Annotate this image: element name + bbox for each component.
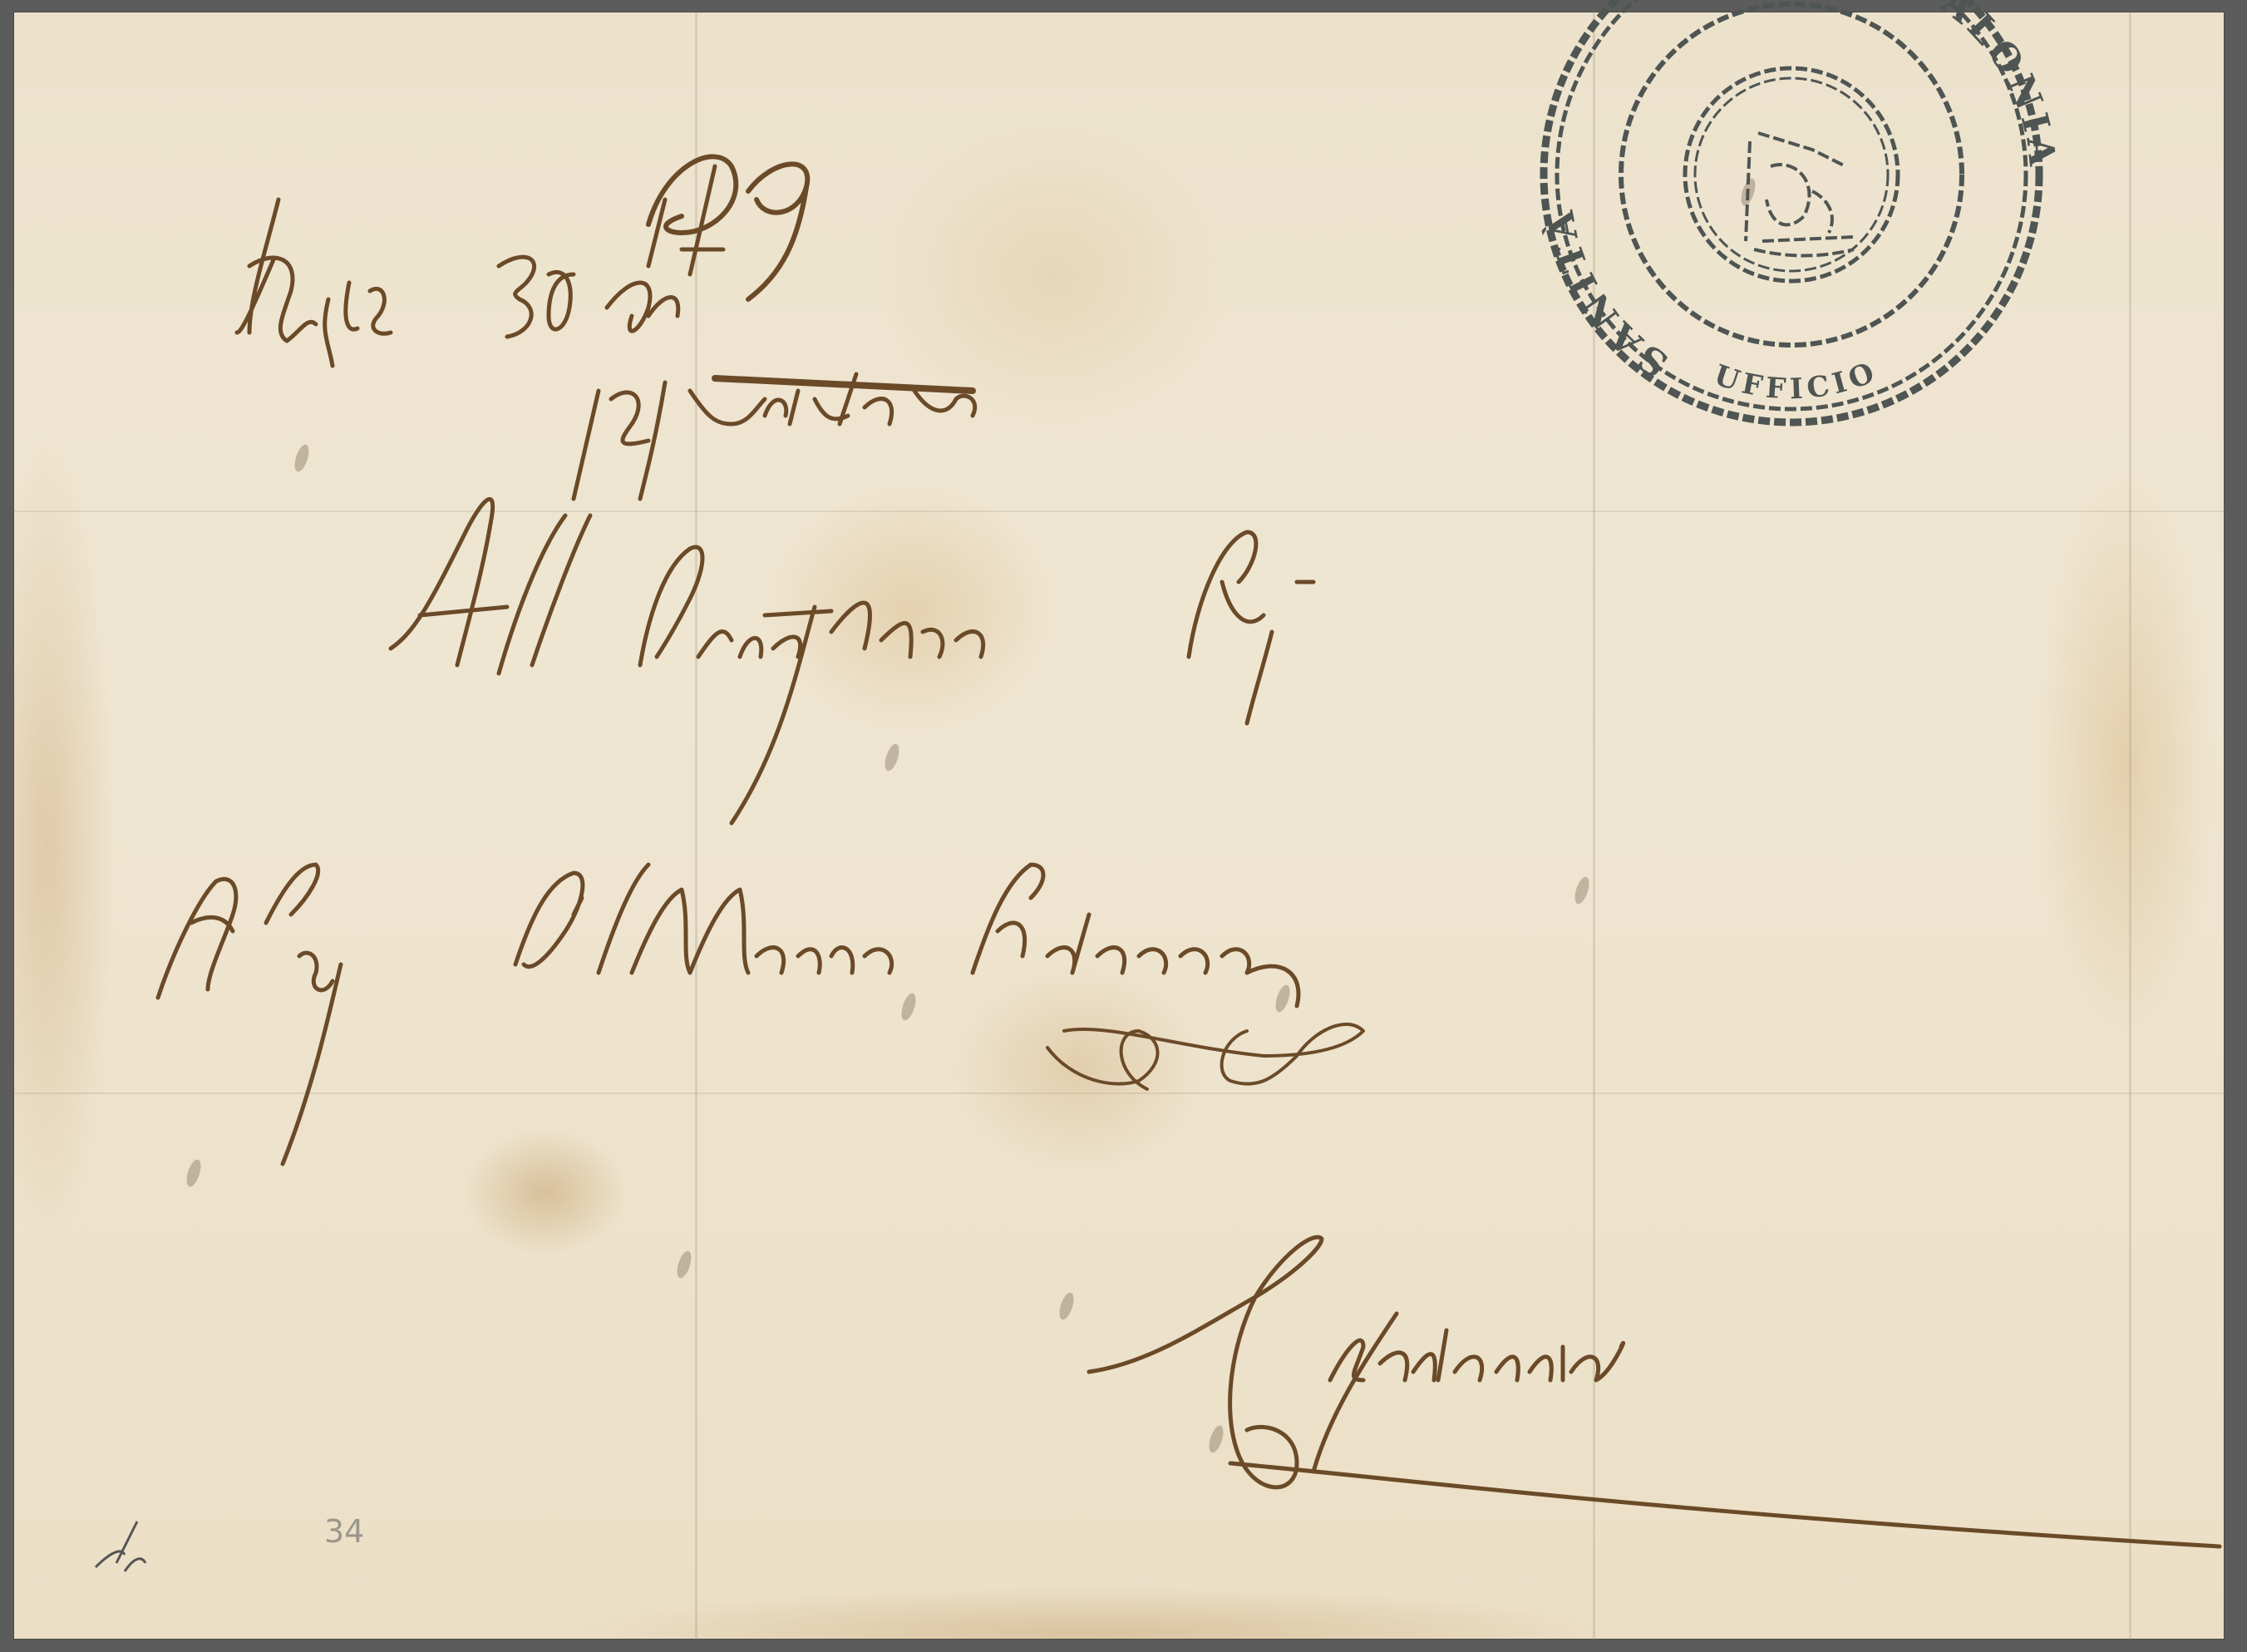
ink-spot [1572,875,1592,906]
letter-sheet [13,12,2225,1640]
ink-spot [1057,1291,1077,1322]
ink-spot [1738,177,1758,208]
pencil-number: 34 [324,1513,364,1550]
fold-line [2129,12,2131,1640]
docket-sent-date: 12 Settembre [574,399,976,467]
docket-received-date: Ricev. 30 Ag.t [241,283,648,351]
address-salutation: All' Ornatissimo Sig.r [391,582,1294,679]
rate-marking: D9 [648,150,756,237]
ink-spot [184,1158,204,1189]
ink-spot [882,742,902,773]
fold-line [695,12,697,1640]
ink-spot [674,1250,694,1280]
address-recipient: Il Sig.r D.r Marino Salomon [158,898,1326,995]
address-destination: Cefalonia [1247,1330,1687,1437]
ink-spot [899,992,919,1023]
ink-spot [1206,1424,1226,1455]
ink-spot [292,443,312,474]
fold-line [13,510,2225,512]
fold-line [13,1092,2225,1094]
